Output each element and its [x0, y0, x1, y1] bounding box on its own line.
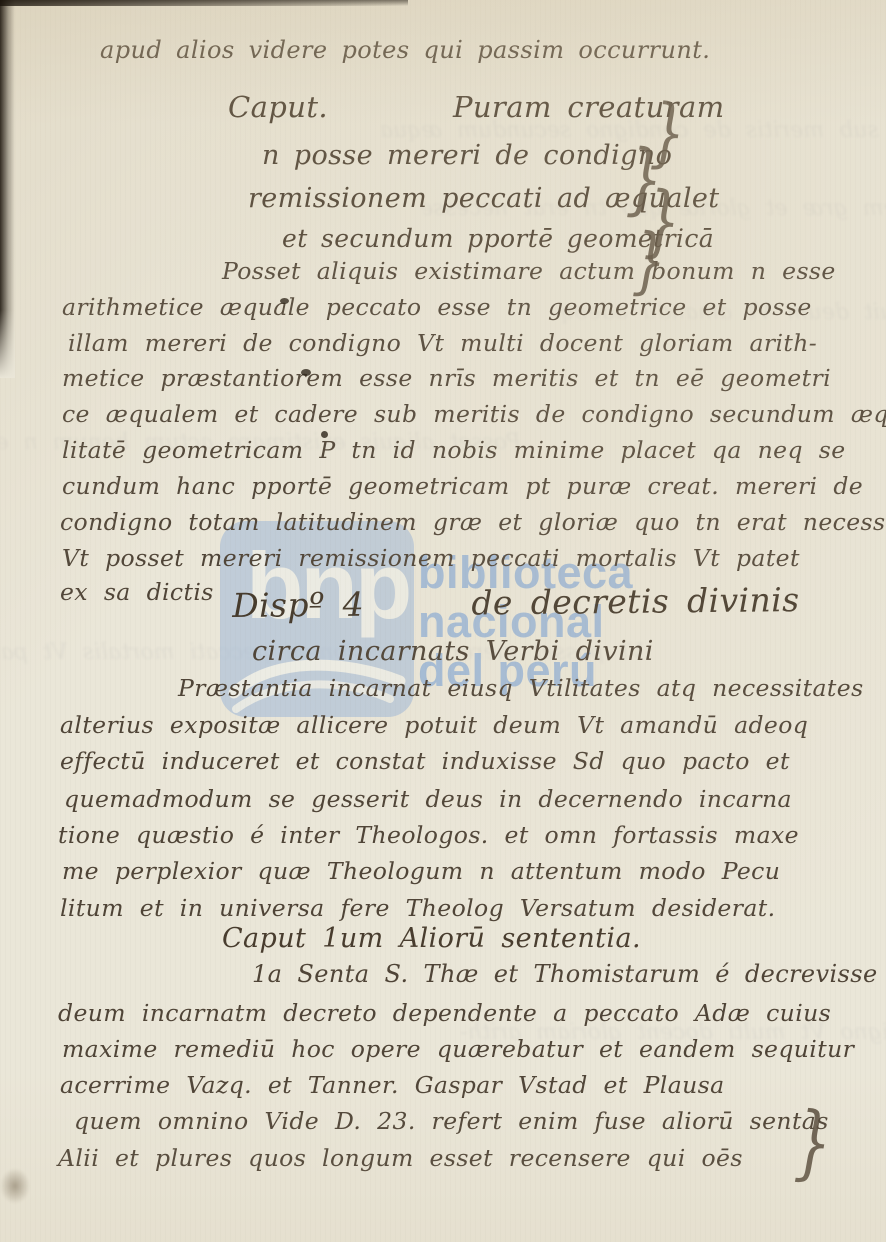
- manuscript-line: tione quæstio é inter Theologos. et omn …: [58, 821, 799, 849]
- manuscript-line: litum et in universa fere Theolog Versat…: [60, 894, 776, 922]
- manuscript-line: quemadmodum se gesserit deus in decernen…: [64, 785, 792, 813]
- manuscript-heading: Dispº 4 de decretis divinis: [232, 580, 800, 625]
- manuscript-line: cundum hanc pportē geometricam pt puræ c…: [62, 472, 863, 500]
- ink-blot: [321, 431, 328, 438]
- brace-flourish: }: [793, 1100, 833, 1184]
- page-edge-shadow-top: [0, 0, 408, 6]
- manuscript-line: acerrime Vazq. et Tanner. Gaspar Vstad e…: [60, 1071, 725, 1099]
- manuscript-line: illam mereri de condigno Vt multi docent…: [68, 329, 817, 357]
- manuscript-line: Vt posset mereri remissionem peccati mor…: [62, 544, 800, 572]
- manuscript-line: litatē geometricam P tn id nobis minime …: [62, 436, 846, 464]
- manuscript-line: ex sa dictis: [60, 578, 214, 606]
- manuscript-heading: circa incarnats Verbi divini: [252, 636, 654, 667]
- manuscript-line: deum incarnatm decreto dependente a pecc…: [58, 999, 831, 1027]
- manuscript-line: ce æqualem et cadere sub meritis de cond…: [62, 400, 886, 428]
- brace-flourish: }: [631, 224, 667, 299]
- edge-smudge: [0, 1168, 30, 1204]
- manuscript-line: quem omnino Vide D. 23. refert enim fuse…: [74, 1107, 829, 1135]
- ink-blot: [280, 298, 289, 304]
- manuscript-heading: n posse mereri de condigno: [262, 140, 672, 171]
- manuscript-line: maxime remediū hoc opere quærebatur et e…: [62, 1035, 854, 1063]
- manuscript-line: alterius expositæ allicere potuit deum V…: [60, 711, 808, 739]
- page-edge-shadow-left: [0, 0, 15, 378]
- manuscript-line: condigno totam latitudinem græ et gloriæ…: [60, 508, 886, 536]
- manuscript-line: apud alios videre potes qui passim occur…: [100, 36, 710, 64]
- manuscript-line: Præstantia incarnat eiusq Vtilitates atq…: [178, 674, 864, 702]
- manuscript-line: 1a Senta S. Thæ et Thomistarum é decrevi…: [252, 960, 878, 988]
- manuscript-line: arithmetice æquale peccato esse tn geome…: [62, 293, 812, 321]
- ink-blot: [301, 369, 311, 376]
- manuscript-line: effectū induceret et constat induxisse S…: [60, 747, 790, 775]
- manuscript-line: me perplexior quæ Theologum n attentum m…: [62, 857, 780, 885]
- manuscript-page: ce æqualem et cadere sub meritis de cond…: [0, 0, 886, 1242]
- manuscript-heading: Caput 1um Aliorū sententia.: [222, 923, 641, 954]
- manuscript-line: Posset aliquis existimare actum bonum n …: [222, 257, 836, 285]
- manuscript-line: metice præstantiorem esse nrīs meritis e…: [62, 364, 831, 392]
- manuscript-line: Alii et plures quos longum esset recense…: [58, 1144, 743, 1172]
